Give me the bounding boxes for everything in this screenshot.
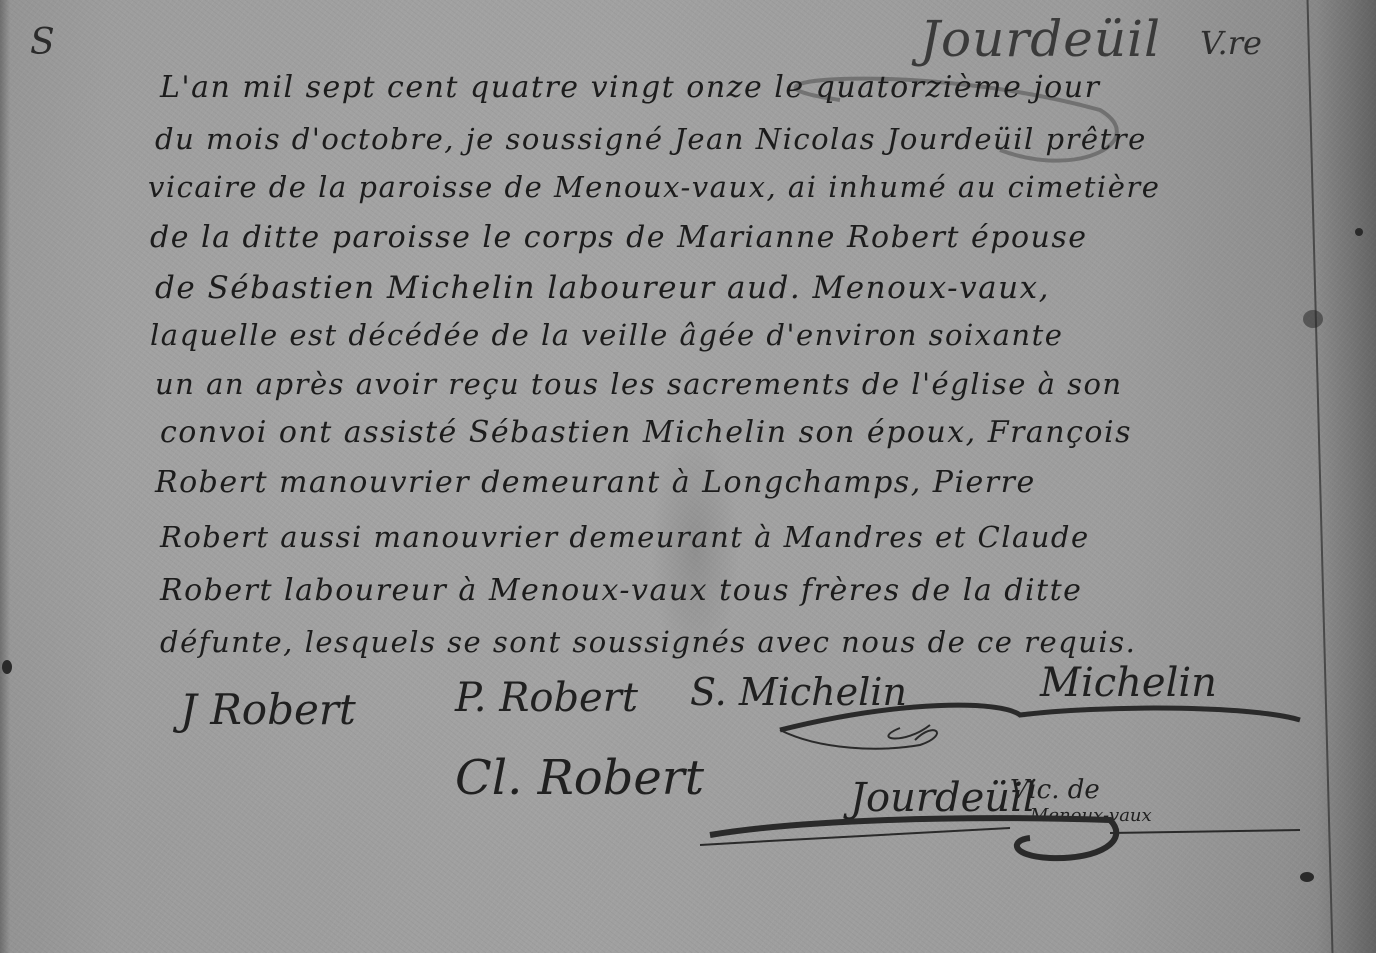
ink-blot xyxy=(1303,310,1323,328)
page-binding-shadow xyxy=(1316,0,1376,953)
body-line-1: L'an mil sept cent quatre vingt onze le … xyxy=(160,70,1100,105)
body-line-9: Robert manouvrier demeurant à Longchamps… xyxy=(155,465,1036,500)
ink-blot xyxy=(2,660,12,674)
page-left-edge xyxy=(0,0,10,953)
signature-j-robert: J Robert xyxy=(180,685,356,734)
body-line-6: laquelle est décédée de la veille âgée d… xyxy=(150,318,1063,352)
signature-title-line1: Vic. de xyxy=(1010,775,1100,805)
body-line-7: un an après avoir reçu tous les sacremen… xyxy=(155,367,1123,401)
signature-cl-robert: Cl. Robert xyxy=(455,750,704,806)
signature-s-michelin: S. Michelin xyxy=(690,670,907,714)
header-signature: Jourdeüil xyxy=(920,10,1161,68)
body-line-11: Robert laboureur à Menoux-vaux tous frèr… xyxy=(160,573,1082,608)
signature-title-line2: Menoux-vaux xyxy=(1030,805,1152,826)
signature-michelin: Michelin xyxy=(1040,660,1217,706)
scanned-document-page: S Jourdeüil V.re L'an mil sept cent quat… xyxy=(0,0,1376,953)
body-line-8: convoi ont assisté Sébastien Michelin so… xyxy=(160,415,1132,450)
body-line-2: du mois d'octobre, je soussigné Jean Nic… xyxy=(155,122,1147,156)
ink-blot xyxy=(1300,872,1314,882)
signature-p-robert: P. Robert xyxy=(455,675,638,721)
body-line-12: défunte, lesquels se sont soussignés ave… xyxy=(160,625,1136,659)
body-line-10: Robert aussi manouvrier demeurant à Mand… xyxy=(160,520,1090,554)
ink-blot xyxy=(1355,228,1363,236)
header-signature-suffix: V.re xyxy=(1200,24,1262,62)
signature-jourdeuil: Jourdeüil xyxy=(850,775,1036,821)
body-line-5: de Sébastien Michelin laboureur aud. Men… xyxy=(155,270,1050,306)
margin-mark: S xyxy=(30,22,55,63)
body-line-4: de la ditte paroisse le corps de Mariann… xyxy=(150,220,1088,255)
body-line-3: vicaire de la paroisse de Menoux-vaux, a… xyxy=(148,170,1160,204)
